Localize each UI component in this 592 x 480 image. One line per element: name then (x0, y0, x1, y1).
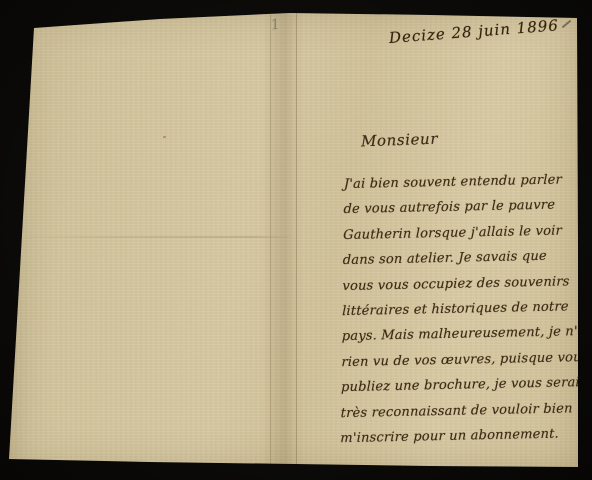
pencil-tick-mark (562, 20, 572, 29)
pencil-page-number: 1 (270, 16, 282, 33)
letter-salutation: Monsieur (361, 130, 439, 151)
letter-line: m'inscrire pour un abonnement. (340, 426, 576, 456)
fold-crease-right (296, 0, 297, 480)
manuscript-spread: 1 Decize 28 juin 1896 Monsieur J'ai bien… (0, 0, 592, 480)
paper-speck (163, 136, 166, 138)
fold-crease-left (270, 0, 271, 480)
paper-speck (93, 461, 99, 464)
scanner-background: 1 Decize 28 juin 1896 Monsieur J'ai bien… (0, 0, 592, 480)
letter-body: J'ai bien souvent entendu parler de vous… (340, 172, 580, 456)
horizontal-crease (12, 236, 296, 238)
center-fold (262, 0, 304, 480)
letter-dateline: Decize 28 juin 1896 (388, 16, 559, 47)
